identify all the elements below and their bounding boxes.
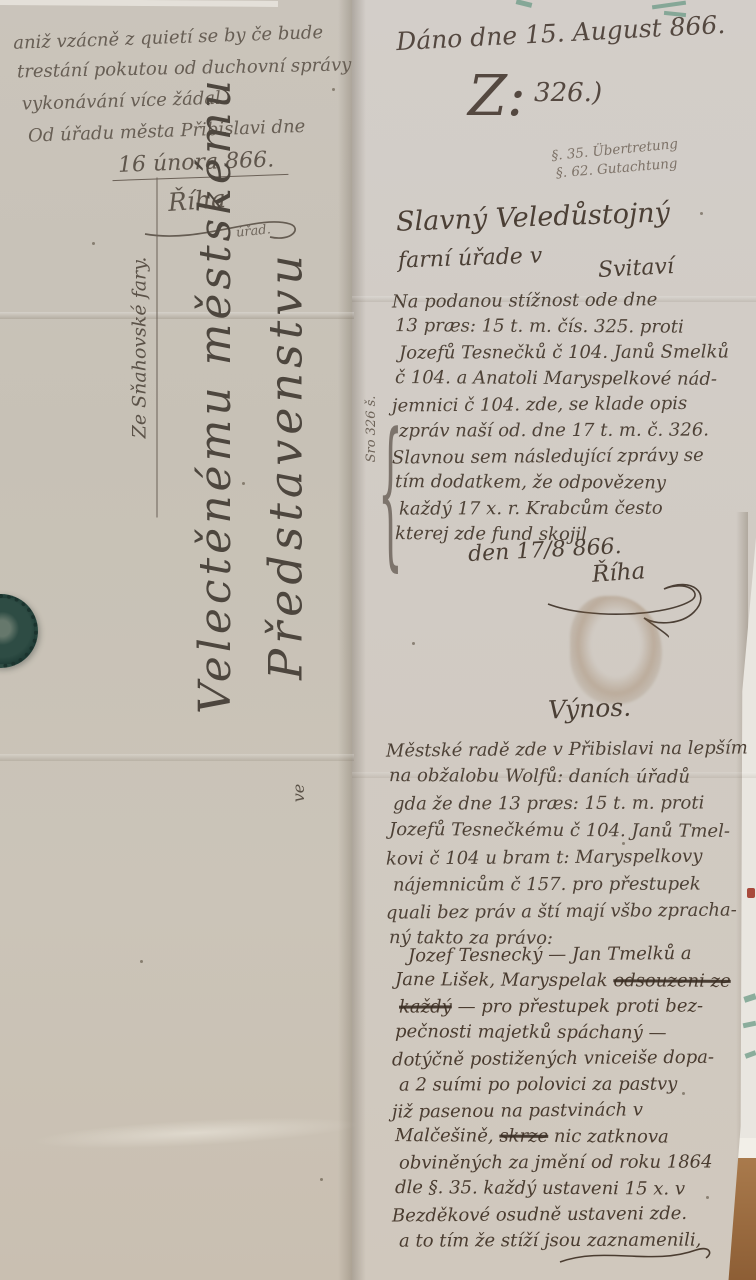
struck-text: skrze [499,1126,548,1147]
struck-text: každý [399,996,452,1017]
paper-speck [320,1178,323,1181]
text-segment: obviněných za jmění od roku 1864 [399,1152,713,1174]
text-segment: — pro přestupek proti bez- [452,996,703,1018]
left-note-block: aniž vzácně z quietí se by če budetrestá… [13,18,345,120]
handwritten-line: quali bez práv a ští mají všbo zpracha- [386,896,746,926]
paper-speck [412,642,415,645]
text-segment: jemnici č 104. zde, se klade opis [392,393,687,417]
text-segment: každý 17 x. r. Krabcům često [399,498,663,520]
paper-speck [92,242,95,245]
handwritten-line: dotýčně postižených vniceiše dopa- [392,1044,747,1073]
text-segment: gda že dne 13 præs: 15 t. m. proti [393,793,704,815]
text-segment: nic zatknova [548,1126,669,1148]
handwritten-line: každý 17 x. r. Krabcům često [399,495,751,522]
text-segment: a 2 suími po polovici za pastvy [399,1074,677,1096]
handwritten-line: a 2 suími po polovici za pastvy [399,1071,754,1098]
reference-number: Z: 326.) [468,78,602,114]
handwritten-line: kovi č 104 u bram t: Maryspelkovy [386,842,746,872]
reference-z: Z: [468,64,526,129]
handwritten-line: gda že dne 13 præs: 15 t. m. proti [393,789,753,817]
address-line-1: Velectěnému městskému [180,70,250,720]
text-segment: 13 præs: 15 t. m. čís. 325. proti [395,315,684,338]
letter-paragraph-1: Na podanou stížnost ode dne13 præs: 15 t… [392,288,744,548]
margin-brace: { [378,402,403,588]
handwritten-line: Bezděkové osudně ustaveni zde. [392,1200,747,1229]
text-segment: Jane Lišek, Maryspelak [395,969,613,991]
paper-speck [242,482,245,485]
text-segment: quali bez práv a ští mají všbo zpracha- [386,900,737,924]
handwritten-line: 13 præs: 15 t. m. čís. 325. proti [395,313,747,341]
paper-speck [682,1092,685,1095]
handwritten-line: Městské radě zde v Přibislavi na lepším [386,734,746,764]
handwritten-line: Na podanou stížnost ode dne [392,286,744,315]
scanned-letter-photo: aniž vzácně z quietí se by če budetrestá… [0,0,756,1280]
text-segment: Slavnou sem následující zprávy se [392,445,704,469]
handwritten-line: Jane Lišek, Maryspelak odsouzeni ze [395,967,750,995]
text-segment: dle §. 35. každý ustaveni 15 x. v [395,1177,685,1200]
text-segment: tím dodatkem, že odpovězeny [395,471,666,493]
section-title: Výnos. [548,693,632,725]
text-segment: na obžalobu Wolfů: daních úřadů [389,765,690,788]
text-segment: dotýčně postižených vniceiše dopa- [392,1047,714,1071]
text-segment: Malčešině, [395,1125,499,1147]
closing-flourish [556,1238,721,1272]
text-segment: kovi č 104 u bram t: Maryspelkovy [386,846,703,870]
handwritten-line: tím dodatkem, že odpovězeny [395,469,747,497]
text-segment: Městské radě zde v Přibislavi na lepším [386,737,748,761]
text-segment: pečnosti majetků spáchaný — [395,1021,667,1043]
margin-note-vertical: Sro 326 š. [362,364,380,494]
handwritten-line: nájemnicům č 157. pro přestupek [393,870,753,898]
paper-speck [332,88,335,91]
handwritten-line: dle §. 35. každý ustaveni 15 x. v [395,1175,750,1203]
paper-speck [700,212,703,215]
handwritten-line: Malčešině, skrze nic zatknova [395,1123,750,1151]
handwritten-line: Jozefů Tesnečkému č 104. Janů Tmel- [389,816,749,845]
handwritten-line: na obžalobu Wolfů: daních úřadů [389,762,749,791]
paper-speck [622,842,625,845]
handwritten-line: jemnici č 104. zde, se klade opis [392,390,744,419]
handwritten-line: pečnosti majetků spáchaný — [395,1019,750,1047]
letter-paragraph-3: Jozef Tesnecký — Jan Tmelků aJane Lišek,… [392,942,747,1254]
paper-speck [706,1196,709,1199]
reference-no: 326.) [534,78,602,108]
handwritten-line: Jozefů Tesnečků č 104. Janů Smelků [399,339,751,366]
address-line-2: Představenstvu [250,212,320,717]
text-segment: nájemnicům č 157. pro přestupek [393,874,701,896]
handwritten-line: Slavnou sem následující zprávy se [392,442,744,471]
handwritten-line: Jozef Tesnecký — Jan Tmelků a [408,941,747,970]
text-segment: zpráv naší od. dne 17 t. m. č. 326. [399,420,709,442]
handwritten-line: obviněných za jmění od roku 1864 [399,1149,754,1176]
address-suffix: ve [287,773,309,813]
text-segment: Na podanou stížnost ode dne [392,289,658,312]
paper-stain [570,596,662,704]
salutation-place: Svitaví [597,254,674,283]
text-segment: č 104. a Anatoli Maryspelkové nád- [395,367,717,390]
handwritten-line: každý — pro přestupek proti bez- [399,993,754,1020]
sender-line-vertical: Ze Sňahovské fary. [123,178,158,518]
handwritten-line: již pasenou na pastvinách v [392,1096,747,1125]
text-segment: Jozef Tesnecký — Jan Tmelků a [408,943,692,966]
salutation-line-2: farní úřade v [398,243,543,273]
letter-paragraph-2: Městské radě zde v Přibislavi na lepšímn… [386,736,746,952]
handwritten-line: č 104. a Anatoli Maryspelkové nád- [395,365,747,393]
paper-speck [140,960,143,963]
text-segment: Jozefů Tesnečkému č 104. Janů Tmel- [389,819,730,842]
text-segment: aniž vzácně z quietí se by če bude [13,22,323,54]
handwritten-line: zpráv naší od. dne 17 t. m. č. 326. [399,417,751,444]
text-segment: již pasenou na pastvinách v [392,1099,643,1122]
text-segment: Bezděkové osudně ustaveni zde. [392,1203,687,1227]
text-segment: Jozefů Tesnečků č 104. Janů Smelků [399,341,729,363]
struck-text: odsouzeni ze [613,970,730,992]
fold-shadow [352,0,366,1280]
